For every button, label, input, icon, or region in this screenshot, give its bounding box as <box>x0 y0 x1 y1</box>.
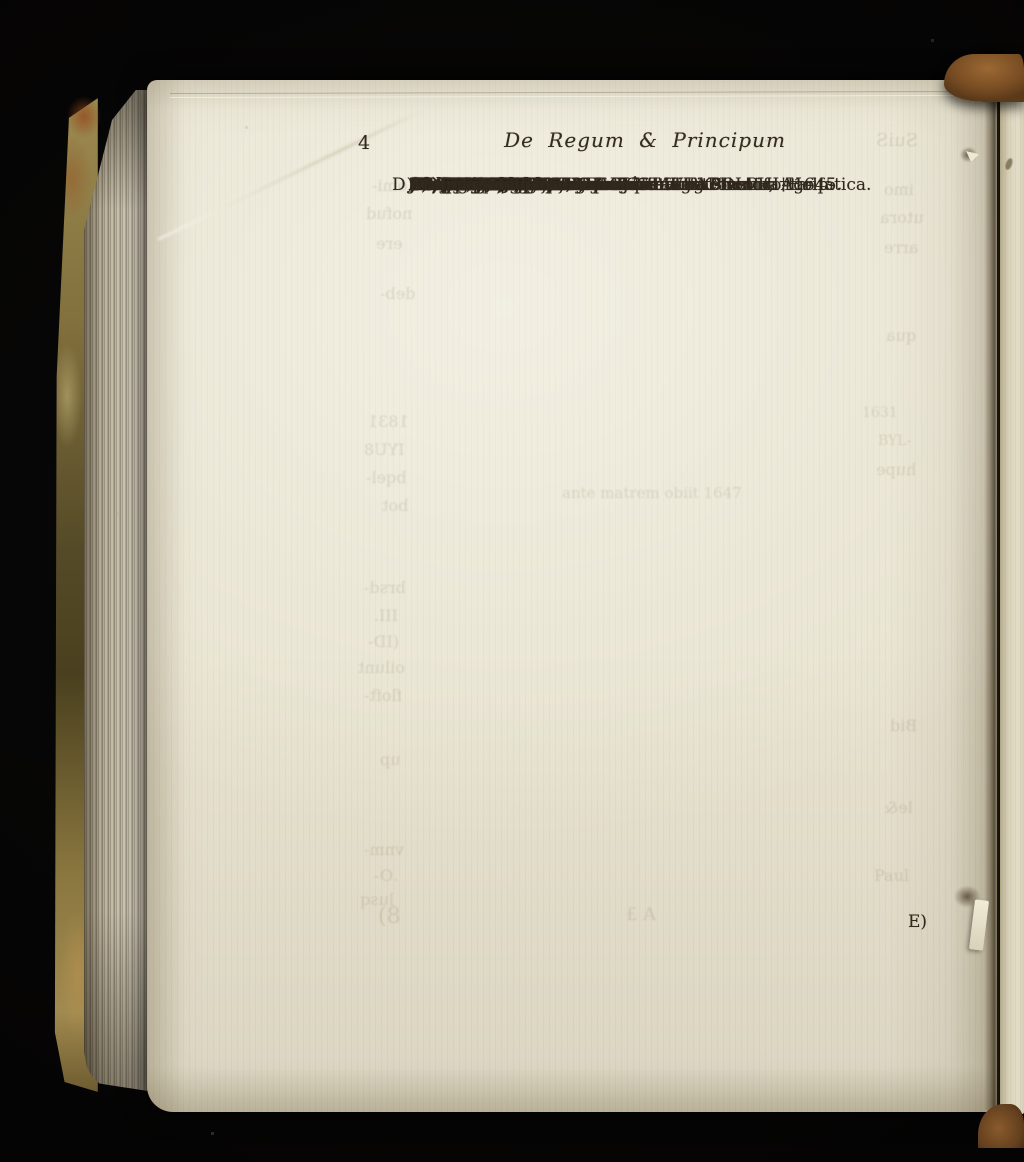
dust-specks <box>0 0 1 1</box>
facing-page-edge <box>1000 84 1024 1114</box>
page-stack-edge <box>84 90 154 1092</box>
leather-binding-top <box>944 54 1024 102</box>
running-title: De Regum & Principum <box>410 128 880 152</box>
corner-stain <box>66 96 106 148</box>
catchword: E) <box>908 912 927 932</box>
book-photo: omi-nofuderedeb-1831IYU8bqel-botbrsd-III… <box>0 0 1024 1162</box>
page-number: 4 <box>358 132 398 154</box>
book-page <box>147 80 997 1112</box>
text-segment: pinæ 1645. <box>440 172 537 199</box>
